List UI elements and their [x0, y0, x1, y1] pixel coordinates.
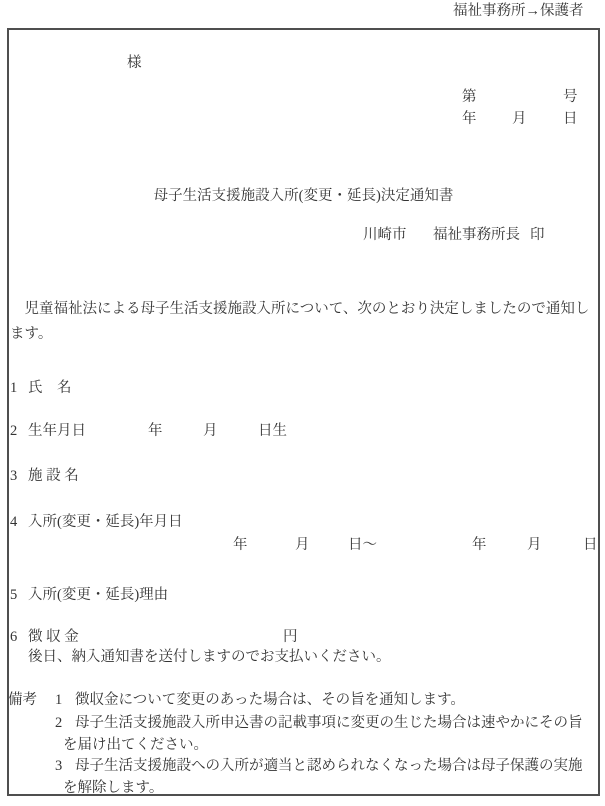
- remarks-row-2-continued: を届け出てください。: [0, 738, 600, 756]
- item-2-label: 生年月日: [28, 424, 86, 439]
- item-6-note-row: 後日、納入通知書を送付しますのでお支払いください。: [10, 650, 600, 668]
- item-5-reason-row: 5 入所(変更・延長)理由: [10, 588, 600, 606]
- remarks-label: 備考: [8, 693, 37, 708]
- item-3-facility-row: 3 施 設 名: [10, 469, 600, 487]
- item-6-number: 6: [10, 630, 17, 645]
- item-6-label: 徴 収 金: [28, 630, 79, 645]
- remark-1-text: 徴収金について変更のあった場合は、その旨を通知します。: [75, 693, 465, 708]
- doc-number-suffix: 号: [563, 90, 578, 105]
- issuer-city: 川崎市: [363, 228, 407, 243]
- date-year-label: 年: [462, 112, 477, 127]
- birth-year-label: 年: [148, 424, 163, 439]
- item-2-birthdate-row: 2 生年月日 年 月 日生: [10, 424, 600, 442]
- item-5-number: 5: [10, 588, 17, 603]
- item-1-number: 1: [10, 381, 17, 396]
- period-to-year-label: 年: [472, 538, 487, 553]
- period-to-day-label: 日: [583, 538, 598, 553]
- item-2-number: 2: [10, 424, 17, 439]
- period-from-year-label: 年: [233, 538, 248, 553]
- item-5-label: 入所(変更・延長)理由: [28, 588, 168, 603]
- remarks-row-3: 3 母子生活支援施設への入所が適当と認められなくなった場合は母子保護の実施: [0, 759, 600, 777]
- date-day-label: 日: [563, 112, 578, 127]
- remarks-row-3-continued: を解除します。: [0, 781, 600, 799]
- routing-note: 福祉事務所→保護者: [453, 4, 584, 19]
- birth-day-label: 日生: [258, 424, 287, 439]
- birth-month-label: 月: [203, 424, 218, 439]
- remarks-row-2: 2 母子生活支援施設入所申込書の記載事項に変更の生じた場合は速やかにその旨: [0, 716, 600, 734]
- item-3-number: 3: [10, 469, 17, 484]
- remark-3-text-continued: を解除します。: [63, 781, 163, 796]
- doc-number-prefix: 第: [462, 90, 477, 105]
- document-title: 母子生活支援施設入所(変更・延長)決定通知書: [7, 189, 600, 204]
- body-paragraph-line-2: ます。: [10, 327, 52, 342]
- item-4-label: 入所(変更・延長)年月日: [28, 515, 183, 530]
- issuer-seal-mark: 印: [530, 228, 545, 243]
- fee-payment-note: 後日、納入通知書を送付しますのでお支払いください。: [28, 650, 391, 665]
- body-paragraph-line-1: 児童福祉法による母子生活支援施設入所について、次のとおり決定しましたので通知し: [10, 302, 589, 317]
- remark-3-text: 母子生活支援施設への入所が適当と認められなくなった場合は母子保護の実施: [75, 759, 583, 774]
- item-6-fee-row: 6 徴 収 金 円: [10, 630, 600, 648]
- document-page: 福祉事務所→保護者 様 第 号 年 月 日 母子生活支援施設入所(変更・延長)決…: [0, 0, 605, 806]
- period-from-day-tilde-label: 日～: [348, 538, 377, 553]
- remark-2-text: 母子生活支援施設入所申込書の記載事項に変更の生じた場合は速やかにその旨: [75, 716, 583, 731]
- item-1-label: 氏 名: [28, 381, 72, 396]
- fee-yen-unit-label: 円: [283, 630, 298, 645]
- remark-2-number: 2: [55, 716, 62, 731]
- item-3-label: 施 設 名: [28, 469, 79, 484]
- item-4-number: 4: [10, 515, 17, 530]
- date-month-label: 月: [512, 112, 527, 127]
- issuer-office-title: 福祉事務所長: [433, 228, 520, 243]
- item-4-period-row: 年 月 日～ 年 月 日: [10, 538, 600, 556]
- item-1-name-row: 1 氏 名: [10, 381, 600, 399]
- remark-3-number: 3: [55, 759, 62, 774]
- remark-1-number: 1: [55, 693, 62, 708]
- period-from-month-label: 月: [295, 538, 310, 553]
- document-frame: [7, 28, 600, 796]
- item-4-admission-date-row: 4 入所(変更・延長)年月日: [10, 515, 600, 533]
- period-to-month-label: 月: [527, 538, 542, 553]
- remarks-row-1: 備考 1 徴収金について変更のあった場合は、その旨を通知します。: [0, 693, 600, 711]
- remark-2-text-continued: を届け出てください。: [63, 738, 208, 753]
- addressee-suffix: 様: [127, 56, 142, 71]
